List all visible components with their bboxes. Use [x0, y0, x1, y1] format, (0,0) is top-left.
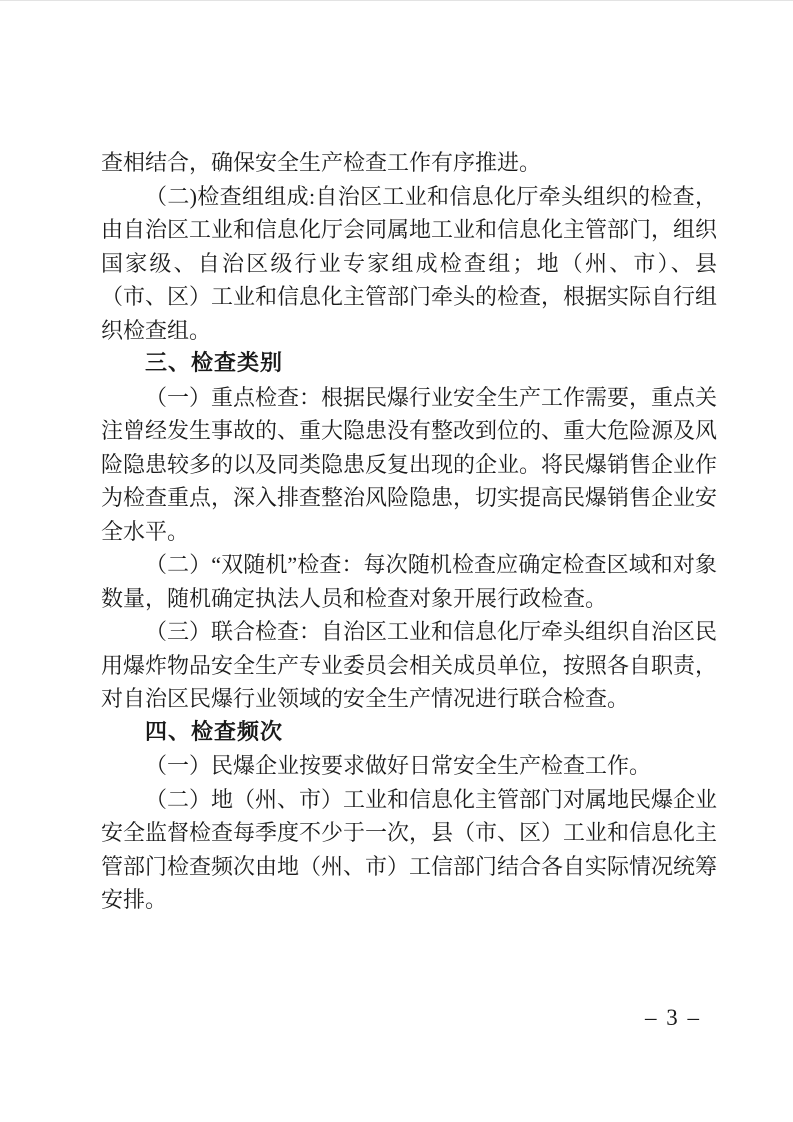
paragraph-quarterly-inspection: （二）地（州、市）工业和信息化主管部门对属地民爆企业安全监督检查每季度不少于一次…: [101, 783, 717, 917]
document-body: 查相结合，确保安全生产检查工作有序推进。 （二)检查组组成:自治区工业和信息化厅…: [101, 146, 717, 917]
paragraph-inspection-team-composition: （二)检查组组成:自治区工业和信息化厅牵头组织的检查，由自治区工业和信息化厅会同…: [101, 180, 717, 348]
paragraph-joint-inspection: （三）联合检查：自治区工业和信息化厅牵头组织自治区民用爆炸物品安全生产专业委员会…: [101, 615, 717, 716]
paragraph-continuation: 查相结合，确保安全生产检查工作有序推进。: [101, 146, 717, 180]
paragraph-double-random-inspection: （二）“双随机”检查：每次随机检查应确定检查区域和对象数量，随机确定执法人员和检…: [101, 548, 717, 615]
section-heading-inspection-categories: 三、检查类别: [101, 347, 717, 381]
section-heading-inspection-frequency: 四、检查频次: [101, 716, 717, 750]
paragraph-daily-inspection: （一）民爆企业按要求做好日常安全生产检查工作。: [101, 749, 717, 783]
paragraph-key-inspection: （一）重点检查：根据民爆行业安全生产工作需要，重点关注曾经发生事故的、重大隐患没…: [101, 381, 717, 549]
document-page: 查相结合，确保安全生产检查工作有序推进。 （二)检查组组成:自治区工业和信息化厅…: [0, 0, 793, 1122]
page-number: – 3 –: [645, 1005, 701, 1031]
